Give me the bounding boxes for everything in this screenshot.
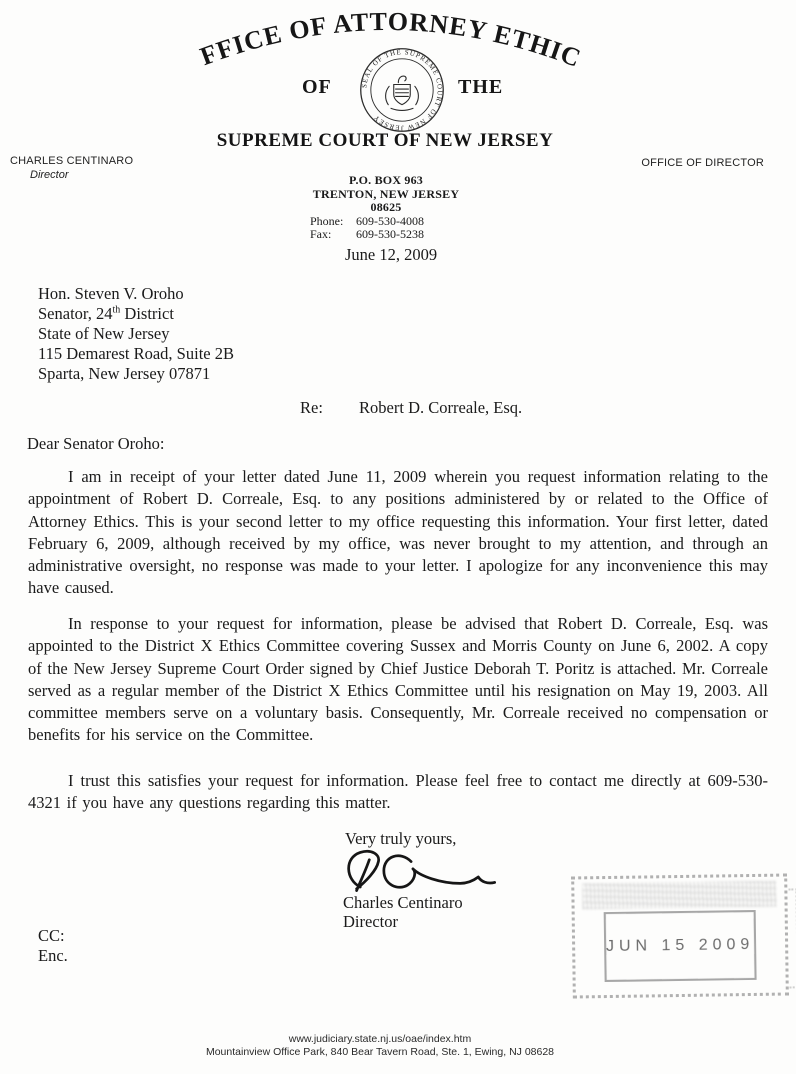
body-paragraph-2: In response to your request for informat… [28,613,768,747]
director-title: Director [10,169,133,181]
received-date-stamp: JUN 15 2009 [571,873,789,998]
recipient-title-pre: Senator, 24 [38,304,113,323]
nj-coat-of-arms-icon [386,76,419,110]
body-paragraph-3: I trust this satisfies your request for … [28,770,768,815]
recipient-street: 115 Demarest Road, Suite 2B [38,344,234,364]
stamp-faded-band [582,881,776,910]
supreme-court-seal-icon: SEAL OF THE SUPREME COURT OF NEW JERSEY [358,46,446,134]
stamp-date: JUN 15 2009 [606,936,755,956]
re-label: Re: [300,398,323,417]
footer-address: Mountainview Office Park, 840 Bear Taver… [0,1046,760,1059]
recipient-title-line: Senator, 24th District [38,304,234,324]
recipient-state: State of New Jersey [38,324,234,344]
recipient-name: Hon. Steven V. Oroho [38,284,234,304]
stamp-date-box: JUN 15 2009 [604,910,757,982]
phone-line: Phone: 609-530-4008 [310,215,462,229]
footer-url: www.judiciary.state.nj.us/oae/index.htm [0,1033,760,1046]
signer-name: Charles Centinaro [343,893,463,913]
office-of-director-label: OFFICE OF DIRECTOR [641,157,764,169]
handwritten-signature [333,846,501,898]
footer-block: www.judiciary.state.nj.us/oae/index.htm … [0,1033,760,1059]
re-line: Re: Robert D. Correale, Esq. [300,398,522,418]
cc-label: CC: [38,926,65,946]
phone-number: 609-530-4008 [356,215,424,229]
letter-date: June 12, 2009 [345,245,437,265]
director-block: CHARLES CENTINARO Director [10,155,133,181]
the-word: THE [458,76,503,99]
seal-circular-text: SEAL OF THE SUPREME COURT OF NEW JERSEY [360,48,444,132]
signer-title: Director [343,912,398,932]
city-line: TRENTON, NEW JERSEY 08625 [300,188,472,215]
enclosure-label: Enc. [38,946,68,966]
fax-number: 609-530-5238 [356,228,424,242]
court-name: SUPREME COURT OF NEW JERSEY [0,130,770,152]
fax-line: Fax: 609-530-5238 [310,228,462,242]
salutation: Dear Senator Oroho: [27,434,164,454]
recipient-address-block: Hon. Steven V. Oroho Senator, 24th Distr… [38,284,234,384]
director-name: CHARLES CENTINARO [10,155,133,167]
recipient-title-post: District [120,304,174,323]
phone-label: Phone: [310,215,356,229]
re-subject: Robert D. Correale, Esq. [359,398,522,417]
of-word: OF [302,76,332,99]
recipient-city: Sparta, New Jersey 07871 [38,364,234,384]
contact-block: P.O. BOX 963 TRENTON, NEW JERSEY 08625 P… [300,174,472,242]
fax-label: Fax: [310,228,356,242]
scanned-letter-page: OFFICE OF ATTORNEY ETHICS OF SEAL OF THE… [0,0,796,1074]
po-box-line: P.O. BOX 963 [300,174,472,188]
svg-text:SEAL OF THE SUPREME COURT OF N: SEAL OF THE SUPREME COURT OF NEW JERSEY [360,48,444,132]
body-paragraph-1: I am in receipt of your letter dated Jun… [28,466,768,600]
